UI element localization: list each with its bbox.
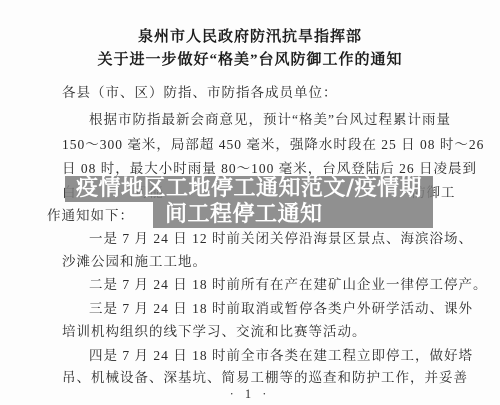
body-line: 三是 7 月 24 日 18 时前取消或暂停各类户外研学活动、课外 xyxy=(89,301,473,316)
body-line: 150～300 毫米，局部超 450 毫米，强降水时段在 25 日 08 时～2… xyxy=(62,137,484,152)
body-line: 作通知如下： xyxy=(47,208,134,223)
body-line: 一是 7 月 24 日 12 时前关闭关停沿海景区景点、海滨浴场、 xyxy=(89,231,473,246)
notice-title-line2: 关于进一步做好“格美”台风防御工作的通知 xyxy=(0,48,500,69)
body-line: 根据市防指最新会商意见，预计“格美”台风过程累计雨量 xyxy=(89,112,451,127)
salutation-line: 各县（市、区）防指、市防指各成员单位： xyxy=(62,85,338,100)
body-line: 日 08 时，最大小时雨量 80～100 毫米，台风登陆后 26 日凌晨到 xyxy=(62,161,477,176)
body-line: 吊、机械设备、深基坑、简易工棚等的巡查和防护工作，并妥善 xyxy=(62,370,468,385)
body-line: 培训机构组织的线下学习、交流和比赛等活动。 xyxy=(62,324,367,339)
body-line: 二是 7 月 24 日 18 时前所有在产在建矿山企业一律停工停产。 xyxy=(89,277,488,292)
page-number: · 1 · xyxy=(0,387,500,402)
watermark-text-line1: 疫情地区工地停工通知范文/疫情期 xyxy=(65,176,433,202)
body-line: 沙滩公园和施工工地。 xyxy=(62,254,207,269)
notice-title-line1: 泉州市人民政府防汛抗旱指挥部 xyxy=(0,25,500,46)
watermark-text-line2: 间工程停工通知 xyxy=(165,202,323,228)
body-line: 四是 7 月 24 日 18 时前全市各类在建工程立即停工，做好塔 xyxy=(89,348,473,363)
scanned-notice-page: 泉州市人民政府防汛抗旱指挥部 关于进一步做好“格美”台风防御工作的通知 各县（市… xyxy=(0,0,500,405)
